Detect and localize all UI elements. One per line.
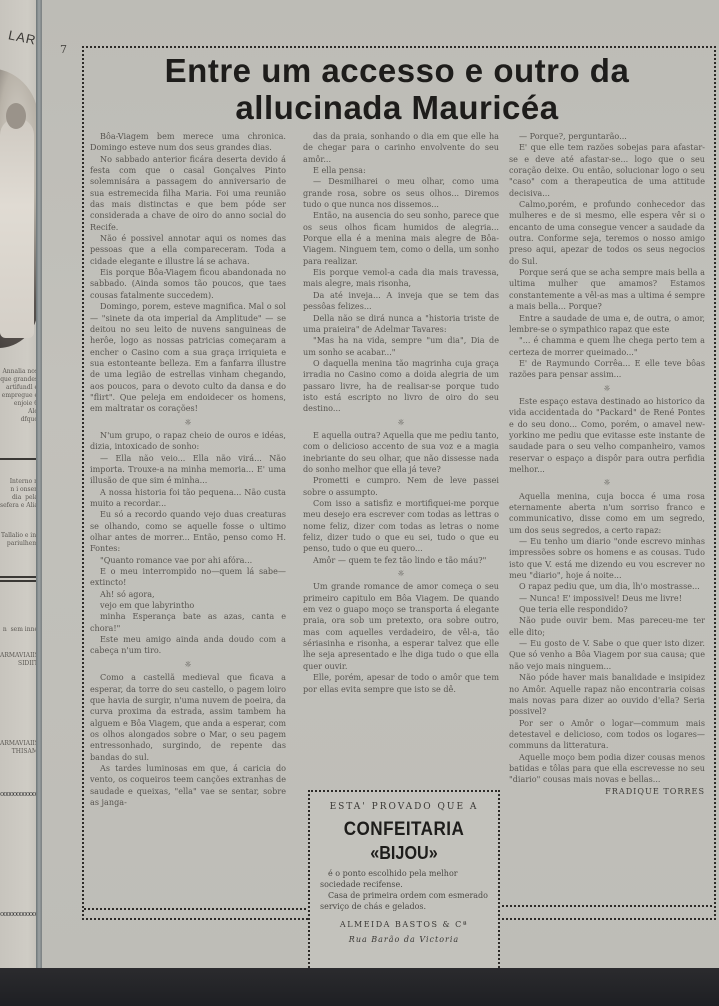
article-column-2: das da praia, sonhando o dia em que elle… <box>303 131 499 695</box>
article-paragraph: — Desmilharei o meu olhar, como uma gran… <box>303 176 499 210</box>
section-separator: ☼ <box>509 383 705 394</box>
section-separator: ☼ <box>90 659 286 670</box>
article-paragraph: Domingo, porem, esteve magnifica. Mal o … <box>90 301 286 414</box>
article-paragraph: Prometti e cumpro. Nem de leve passei so… <box>303 475 499 498</box>
portrait-face <box>6 103 26 129</box>
article-paragraph: E ella pensa: <box>303 165 499 176</box>
ad-body: é o ponto escolhido pela melhor sociedad… <box>310 864 498 912</box>
adjacent-divider-2 <box>0 576 38 578</box>
ad-address: Rua Barão da Victoria <box>310 935 498 944</box>
article-paragraph: Aquella menina, cuja bocca é uma rosa et… <box>509 491 705 536</box>
adjacent-divider-3 <box>0 580 38 582</box>
article-paragraph: A nossa historia foi tão pequena... Não … <box>90 487 286 510</box>
article-paragraph: Este espaço estava destinado ao historic… <box>509 396 705 475</box>
article-paragraph: E' de Raymundo Corrêa... E elle teve bôa… <box>509 358 705 381</box>
advertisement-box: ESTA' PROVADO QUE A CONFEITARIA «BIJOU» … <box>308 790 500 972</box>
section-separator: ☼ <box>303 417 499 428</box>
article-paragraph: Entre a saudade de uma e, de outra, o am… <box>509 313 705 336</box>
adjacent-ornament: ooooooooooooo <box>0 790 38 798</box>
article-paragraph: Calmo,porém, e profundo conhecedor das m… <box>509 199 705 267</box>
article-paragraph: — Ella não veio... Ella não virá... Não … <box>90 453 286 487</box>
article-paragraph: Não é possivel annotar aqui os nomes das… <box>90 233 286 267</box>
article-paragraph: "Quanto romance vae por ahi afóra... <box>90 555 286 566</box>
adjacent-ornament-2: ooooooooooooo <box>0 910 38 918</box>
article-column-1: Bôa-Viagem bem merece uma chronica. Domi… <box>90 131 286 808</box>
article-paragraph: As tardes luminosas em que, á caricia do… <box>90 763 286 808</box>
article-paragraph: vejo em que labyrintho <box>90 600 286 611</box>
article-paragraph: Com isso a satisfiz e mortifiquei-me por… <box>303 498 499 555</box>
article-paragraph: Não pude ouvir bem. Mas pareceu-me ter e… <box>509 615 705 638</box>
article-paragraph: — Porque?, perguntarão... <box>509 131 705 142</box>
page-mark: 7 <box>60 43 67 56</box>
ad-intro: ESTA' PROVADO QUE A <box>310 802 498 812</box>
ad-body-line: Casa de primeira ordem com esmerado serv… <box>320 890 488 912</box>
bottom-rule-left <box>84 908 306 910</box>
ad-brand-name: CONFEITARIA <box>319 819 488 841</box>
article-paragraph: E aquella outra? Aquella que me pediu ta… <box>303 430 499 475</box>
article-paragraph: Então, na ausencia do seu sonho, parece … <box>303 210 499 267</box>
article-paragraph: "... é chamma e quem lhe chega perto tem… <box>509 335 705 358</box>
article-paragraph: — Eu tenho um diario "onde escrevo minha… <box>509 536 705 581</box>
article-paragraph: O daquella menina tão magrinha cuja graç… <box>303 358 499 415</box>
adjacent-text-e: ARMAVIAIIS SIDIIT <box>0 652 38 668</box>
article-paragraph: Eis porque Bôa-Viagem ficou abandonada n… <box>90 267 286 301</box>
article-paragraph: Amôr — quem te fez tão lindo e tão máu?" <box>303 555 499 566</box>
article-paragraph: O rapaz pediu que, um dia, lh'o mostrass… <box>509 581 705 592</box>
article-paragraph: Porque será que se acha sempre mais bell… <box>509 267 705 312</box>
portrait-photo <box>0 68 38 348</box>
article-paragraph: E o meu interrompido no—quem lá sabe—ext… <box>90 566 286 589</box>
adjacent-text-c: Tallalio e in. pariulhem <box>0 532 38 548</box>
section-separator: ☼ <box>90 417 286 428</box>
ad-body-line: é o ponto escolhido pela melhor sociedad… <box>320 868 488 890</box>
article-paragraph: Ah! só agora, <box>90 589 286 600</box>
article-paragraph: — Eu gosto de V. Sabe o que quer isto di… <box>509 638 705 672</box>
article-paragraph: — Nunca! E' impossivel! Deus me livre! <box>509 593 705 604</box>
article-paragraph: Não póde haver mais banalidade e insipid… <box>509 672 705 717</box>
adjacent-text-a: Annalia nos que grandes artifundl e empr… <box>0 368 38 424</box>
article-paragraph: Como a castellã medieval que ficava a es… <box>90 672 286 763</box>
article-paragraph: Eu só a recordo quando vejo duas creatur… <box>90 509 286 554</box>
adjacent-text-d: n sem inne <box>0 626 38 634</box>
section-separator: ☼ <box>303 568 499 579</box>
portrait-figure <box>0 118 34 338</box>
article-paragraph: No sabbado anterior ficára deserta devid… <box>90 154 286 233</box>
adjacent-text-f: ARMAVIAIIS THISAM <box>0 740 38 756</box>
article-paragraph: Este meu amigo ainda anda doudo com a ca… <box>90 634 286 657</box>
article-paragraph: Aquelle moço bem podia dizer cousas meno… <box>509 752 705 786</box>
ad-brand-subname: «BIJOU» <box>319 843 488 864</box>
ad-owner: ALMEIDA BASTOS & Cª <box>310 920 498 929</box>
article-paragraph: Que teria elle respondido? <box>509 604 705 615</box>
article-paragraph: Della não se dirá nunca a "historia tris… <box>303 313 499 336</box>
article-paragraph: E' que elle tem razões sobejas para afas… <box>509 142 705 199</box>
adjacent-text-b: Interno n n i onsen dia pela sefera e Al… <box>0 478 38 510</box>
adjacent-divider <box>0 458 38 460</box>
article-paragraph: das da praia, sonhando o dia em que elle… <box>303 131 499 165</box>
article-title: Entre um accesso e outro da allucinada M… <box>92 52 702 126</box>
bottom-rule-right <box>498 905 712 907</box>
article-paragraph: Bôa-Viagem bem merece uma chronica. Domi… <box>90 131 286 154</box>
article-column-3: — Porque?, perguntarão...E' que elle tem… <box>509 131 705 797</box>
article-paragraph: N'um grupo, o rapaz cheio de ouros e idé… <box>90 430 286 453</box>
adjacent-page: LARES Annalia nos que grandes artifundl … <box>0 0 40 975</box>
article-paragraph: Elle, porém, apesar de todo o amôr que t… <box>303 672 499 695</box>
section-separator: ☼ <box>509 477 705 488</box>
article-paragraph: Da até inveja... A inveja que se tem das… <box>303 290 499 313</box>
article-paragraph: "Mas ha na vida, sempre "um dia", Dia de… <box>303 335 499 358</box>
background-surface <box>0 968 719 1006</box>
article-paragraph: Um grande romance de amor começa o seu p… <box>303 581 499 672</box>
article-paragraph: minha Esperança bate as azas, canta e ch… <box>90 611 286 634</box>
article-paragraph: Eis porque vemol-a cada dia mais travess… <box>303 267 499 290</box>
article-paragraph: Por ser o Amôr o logar—commum mais detes… <box>509 718 705 752</box>
author-signature: FRADIQUE TORRES <box>509 786 705 797</box>
